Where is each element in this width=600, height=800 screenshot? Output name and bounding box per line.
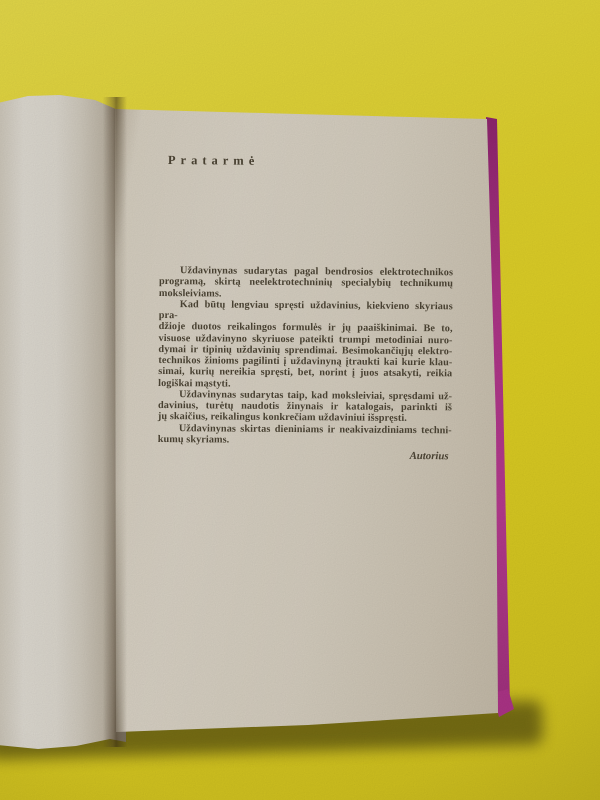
preface-paragraphs: Uždavinynas sudarytas pagal bendrosios e… bbox=[158, 265, 453, 447]
left-page bbox=[0, 90, 126, 760]
photo-scene: Pratarmė Uždavinynas sudarytas pagal ben… bbox=[0, 0, 600, 800]
text-line: kumų skyriams. bbox=[158, 434, 452, 448]
author-signature: Autorius bbox=[158, 448, 452, 462]
preface-page-content: Pratarmė Uždavinynas sudarytas pagal ben… bbox=[158, 153, 454, 462]
page-title: Pratarmė bbox=[168, 153, 454, 170]
text-line: Kad būtų lengviau spręsti uždavinius, ki… bbox=[159, 299, 453, 324]
right-page: Pratarmė Uždavinynas sudarytas pagal ben… bbox=[108, 103, 514, 739]
